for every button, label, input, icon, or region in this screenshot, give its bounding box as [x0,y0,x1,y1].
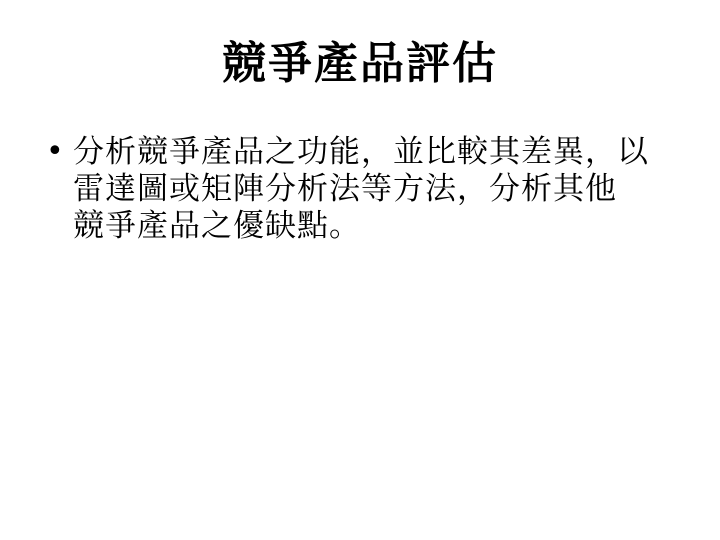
bullet-item: • 分析競爭產品之功能，並比較其差異，以 雷達圖或矩陣分析法等方法，分析其他 競… [46,133,649,244]
bullet-text-line: 雷達圖或矩陣分析法等方法，分析其他 [73,170,649,207]
bullet-text-line: 分析競爭產品之功能，並比較其差異，以 [73,133,649,170]
slide-title: 競爭產品評估 [0,36,720,92]
bullet-marker: • [46,133,73,170]
presentation-slide: 競爭產品評估 • 分析競爭產品之功能，並比較其差異，以 雷達圖或矩陣分析法等方法… [0,0,720,540]
bullet-text-line: 競爭產品之優缺點。 [73,207,649,244]
bullet-text: 分析競爭產品之功能，並比較其差異，以 雷達圖或矩陣分析法等方法，分析其他 競爭產… [73,133,649,244]
